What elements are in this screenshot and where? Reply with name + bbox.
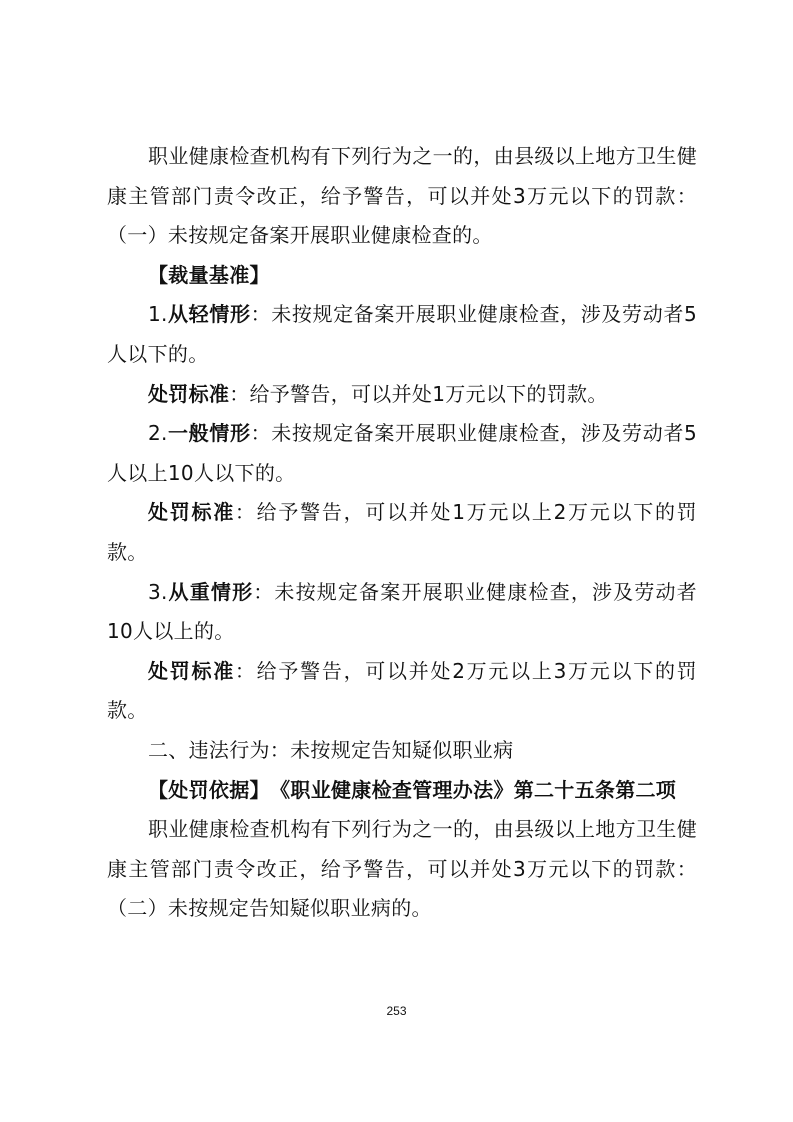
severe-circumstance-item: 3.从重情形：未按规定备案开展职业健康检查，涉及劳动者10人以上的。 <box>107 573 697 652</box>
legal-provision-paragraph: 职业健康检查机构有下列行为之一的，由县级以上地方卫生健康主管部门责令改正，给予警… <box>107 137 697 256</box>
penalty-basis-heading: 【处罚依据】 《职业健康检查管理办法》第二十五条第二项 <box>107 771 697 811</box>
legal-provision-paragraph: 职业健康检查机构有下列行为之一的，由县级以上地方卫生健康主管部门责令改正，给予警… <box>107 810 697 929</box>
general-circumstance-item: 2.一般情形：未按规定备案开展职业健康检查，涉及劳动者5人以上10人以下的。 <box>107 414 697 493</box>
penalty-label: 处罚标准 <box>148 500 235 524</box>
item-label: 从重情形 <box>168 580 254 604</box>
penalty-label: 处罚标准 <box>148 659 235 683</box>
document-page: 职业健康检查机构有下列行为之一的，由县级以上地方卫生健康主管部门责令改正，给予警… <box>107 137 697 929</box>
item-label: 一般情形 <box>168 421 251 445</box>
general-penalty-standard: 处罚标准：给予警告，可以并处1万元以上2万元以下的罚款。 <box>107 493 697 572</box>
item-label: 从轻情形 <box>168 302 251 326</box>
violation-section-heading: 二、违法行为：未按规定告知疑似职业病 <box>107 731 697 771</box>
item-number: 1. <box>148 302 168 326</box>
penalty-text: ：给予警告，可以并处1万元以下的罚款。 <box>229 382 607 406</box>
item-number: 2. <box>148 421 168 445</box>
severe-penalty-standard: 处罚标准：给予警告，可以并处2万元以上3万元以下的罚款。 <box>107 652 697 731</box>
discretion-standard-heading: 【裁量基准】 <box>107 256 697 296</box>
penalty-label: 处罚标准 <box>148 382 229 406</box>
page-number: 253 <box>0 1004 793 1018</box>
mild-penalty-standard: 处罚标准：给予警告，可以并处1万元以下的罚款。 <box>107 375 697 415</box>
mild-circumstance-item: 1.从轻情形：未按规定备案开展职业健康检查，涉及劳动者5人以下的。 <box>107 295 697 374</box>
item-number: 3. <box>148 580 168 604</box>
